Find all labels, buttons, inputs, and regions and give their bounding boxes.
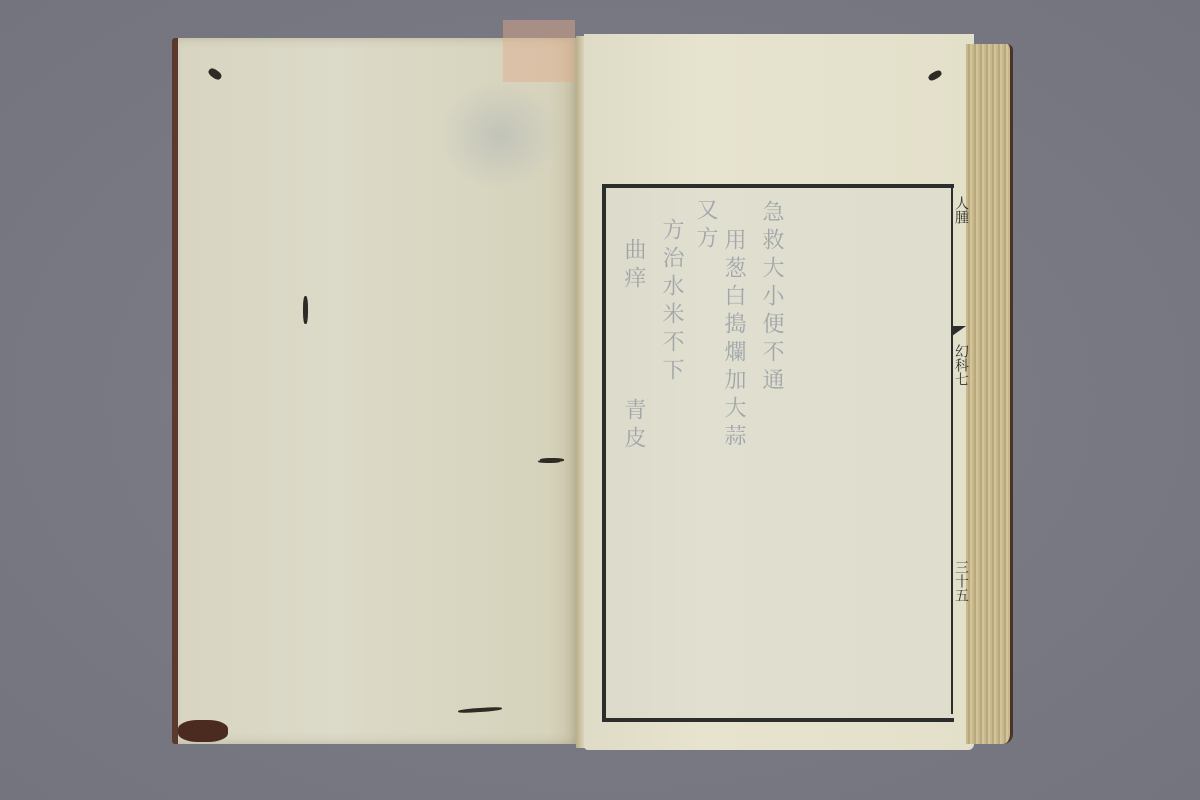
open-book: 急救大小便不通 用葱白搗爛加大蒜 又方 方治水米不下 曲痒 青皮 人腫 幻科七 … (0, 0, 1200, 800)
worm-hole-mark (540, 458, 564, 462)
corner-damage (178, 720, 228, 742)
worm-hole-mark (207, 67, 223, 82)
printed-border-frame: 急救大小便不通 用葱白搗爛加大蒜 又方 方治水米不下 曲痒 青皮 (602, 184, 954, 722)
page-block-edges (966, 44, 1013, 744)
worm-hole-mark (303, 296, 308, 324)
show-through-column: 青皮 (618, 398, 649, 454)
show-through-stain (440, 80, 560, 190)
show-through-column: 方治水米不下 (656, 218, 687, 386)
center-rule (951, 186, 953, 714)
show-through-column: 用葱白搗爛加大蒜 (718, 228, 749, 452)
show-through-column: 曲痒 (618, 238, 649, 294)
show-through-column: 又方 (690, 198, 721, 254)
margin-title: 人腫 (954, 196, 968, 224)
margin-chapter: 幻科七 (954, 344, 968, 386)
show-through-column: 急救大小便不通 (756, 200, 787, 396)
label-stain (503, 20, 575, 82)
worm-hole-mark (458, 706, 502, 713)
margin-page-number: 三十五 (954, 560, 968, 602)
